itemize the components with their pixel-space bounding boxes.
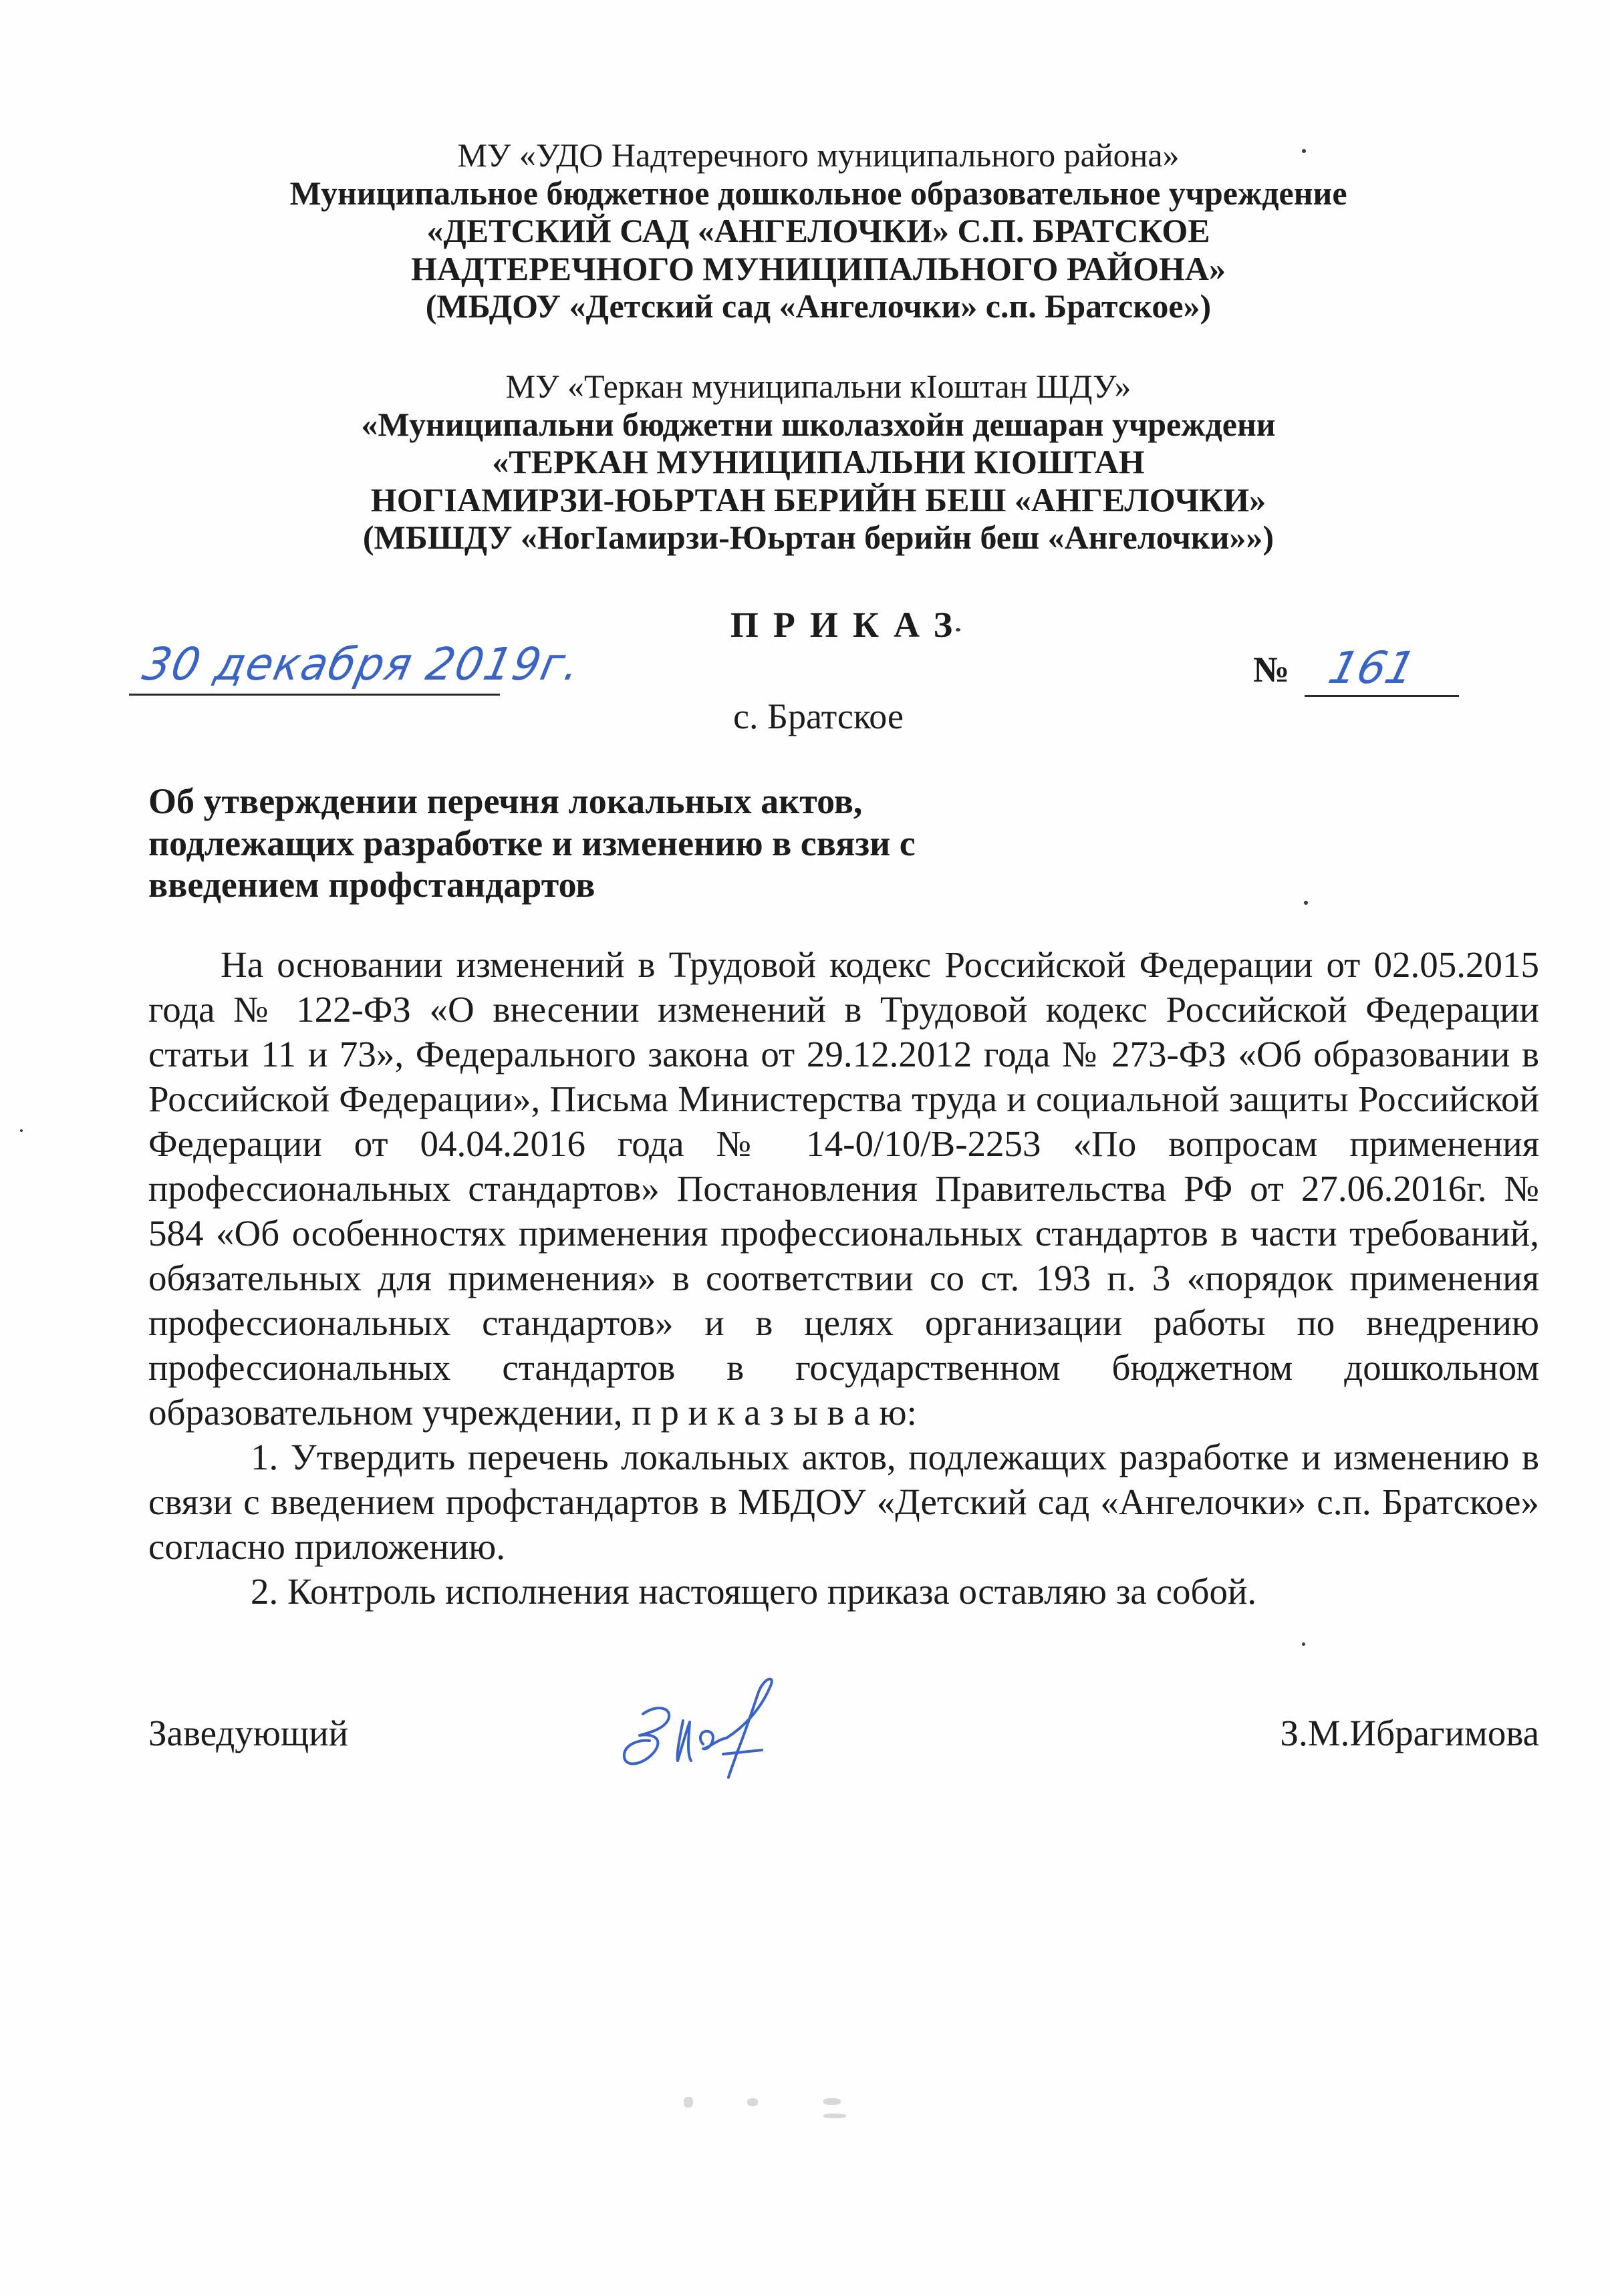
order-title: Об утверждении перечня локальных актов, … [148,780,916,906]
order-date-field: 30 декабря 2019г. [129,635,500,696]
order-number-field: 161 [1305,638,1459,697]
order-body: На основании изменений в Трудовой кодекс… [148,942,1539,1614]
letterhead-ce-line-1: МУ «Теркан муниципальни кІоштан ШДУ» [13,368,1610,406]
order-item-1: 1. Утвердить перечень локальных актов, п… [148,1435,1539,1569]
order-item-2: 2. Контроль исполнения настоящего приказ… [148,1569,1539,1614]
letterhead-ce-line-5: (МБШДУ «НогІамирзи-Юьртан берийн беш «Ан… [13,519,1610,557]
letterhead-ce-line-2: «Муниципальни бюджетни школазхойн дешара… [13,406,1610,444]
scan-speck [20,1129,23,1132]
document-page: МУ «УДО Надтеречного муниципального райо… [0,0,1610,2296]
signatory-name: З.М.Ибрагимова [1280,1711,1539,1755]
letterhead-ru-line-1: МУ «УДО Надтеречного муниципального райо… [13,136,1610,174]
letterhead-ru-line-4: НАДТЕРЕЧНОГО МУНИЦИПАЛЬНОГО РАЙОНА» [13,250,1610,288]
scan-smudge [823,2114,846,2118]
order-title-line-3: введением профстандартов [148,864,916,906]
scan-speck [1304,901,1308,905]
signature-row: Заведующий З.М.Ибрагимова [148,1711,1539,1791]
scan-smudge [747,2098,758,2106]
scan-speck [1302,149,1306,153]
order-number-label: № [1253,650,1289,690]
letterhead-ce-line-3: «ТЕРКАН МУНИЦИПАЛЬНИ КІОШТАН [13,443,1610,481]
scan-smudge [684,2097,693,2108]
order-heading: ПРИКАЗ [708,601,989,648]
letterhead-ce-line-4: НОГІАМИРЗИ-ЮЬРТАН БЕРИЙН БЕШ «АНГЕЛОЧКИ» [13,481,1610,519]
letterhead-russian: МУ «УДО Надтеречного муниципального райо… [13,136,1610,325]
signatory-role: Заведующий [148,1711,348,1755]
letterhead-chechen: МУ «Теркан муниципальни кІоштан ШДУ» «Му… [13,368,1610,557]
order-number-handwritten: 161 [1323,642,1420,694]
handwritten-signature-icon [610,1674,803,1781]
letterhead-ru-line-5: (МБДОУ «Детский сад «Ангелочки» с.п. Бра… [13,287,1610,325]
letterhead-ru-line-3: «ДЕТСКИЙ САД «АНГЕЛОЧКИ» С.П. БРАТСКОЕ [13,212,1610,250]
order-title-line-1: Об утверждении перечня локальных актов, [148,780,916,823]
scan-smudge [823,2098,841,2105]
order-title-line-2: подлежащих разработке и изменению в связ… [148,823,916,865]
order-place: с. Братское [13,695,1610,738]
scan-speck [956,628,960,631]
order-date-handwritten: 30 декабря 2019г. [138,639,586,691]
order-preamble: На основании изменений в Трудовой кодекс… [148,942,1539,1435]
letterhead-ru-line-2: Муниципальное бюджетное дошкольное образ… [13,174,1610,212]
scan-speck [1302,1642,1305,1646]
